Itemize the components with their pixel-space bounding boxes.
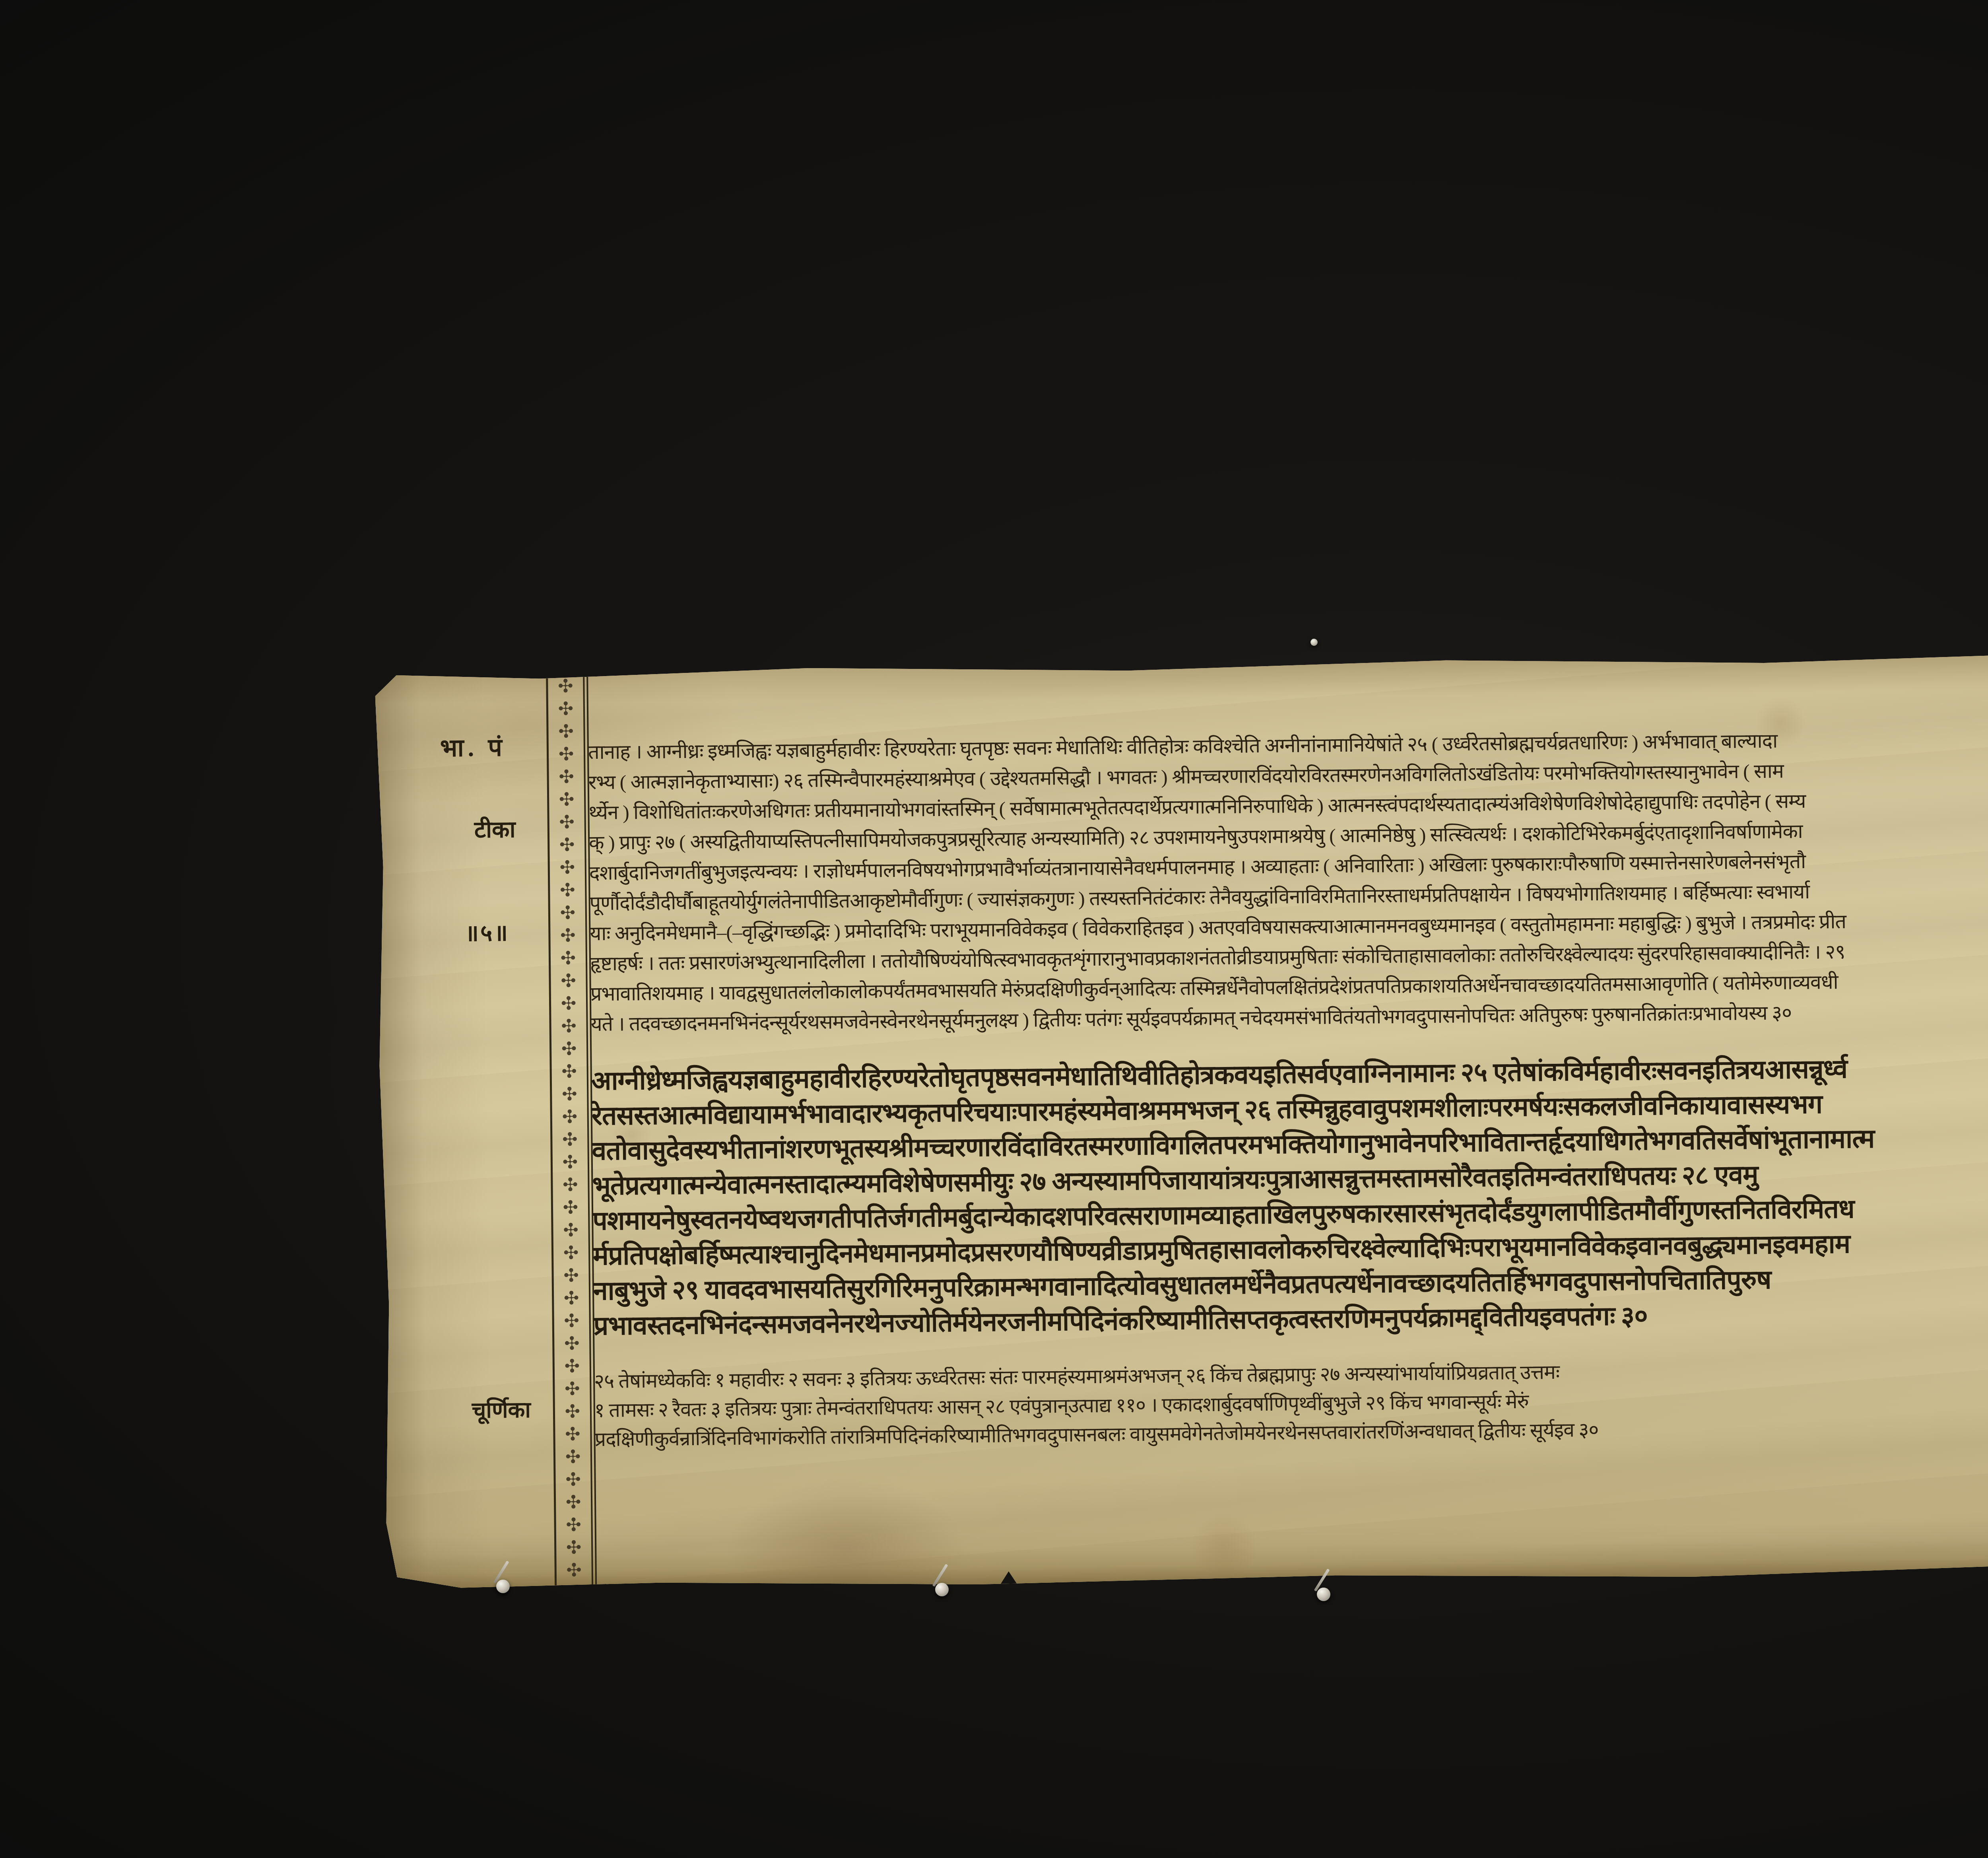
mula-text-block: आग्नीध्रेध्मजिह्वयज्ञबाहुमहावीरहिरण्यरेत…: [591, 1049, 1988, 1344]
pin-head-icon: [935, 1583, 949, 1596]
manuscript-page: ✣ ✣ ✣ ✣ ✣ ✣ ✣ ✣ ✣ ✣ ✣ ✣ ✣ ✣ ✣ ✣ ✣ ✣ ✣ ✣ …: [373, 651, 1988, 1592]
margin-work-abbrev: भा. पं: [440, 730, 506, 764]
churnika-commentary-block: २५ तेषांमध्येकविः १ महावीरः २ सवनः ३ इति…: [594, 1353, 1988, 1454]
quatrefoil-chain-icon: ✣ ✣ ✣ ✣ ✣ ✣ ✣ ✣ ✣ ✣ ✣ ✣ ✣ ✣ ✣ ✣ ✣ ✣ ✣ ✣ …: [558, 675, 582, 1582]
pin-head-icon: [1317, 1588, 1330, 1601]
tika-commentary-block: तानाह । आग्नीध्रः इध्मजिह्वः यज्ञबाहुर्म…: [588, 723, 1988, 1039]
pin-head-icon: [496, 1580, 510, 1593]
pin-head-icon: [1310, 639, 1318, 646]
margin-churnika-label: चूर्णिका: [472, 1394, 531, 1425]
margin-skandha-number: ॥५॥: [465, 916, 509, 948]
text-column: तानाह । आग्नीध्रः इध्मजिह्वः यज्ञबाहुर्म…: [588, 723, 1988, 1454]
margin-tika-label: टीका: [474, 812, 516, 844]
